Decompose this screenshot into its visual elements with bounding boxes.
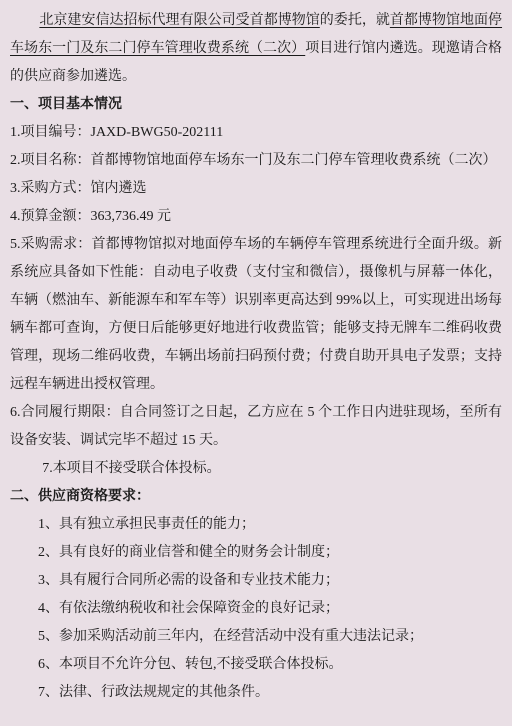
qualification-item-1: 1、具有独立承担民事责任的能力； [10,511,502,539]
intro-paragraph: 北京建安信达招标代理有限公司受首都博物馆的委托，就首都博物馆地面停车场东一门及东… [10,7,502,91]
qualification-item-5: 5、参加采购活动前三年内，在经营活动中没有重大违法记录； [10,623,502,651]
qualification-item-4: 4、有依法缴纳税收和社会保障资金的良好记录； [10,595,502,623]
item-no-consortium-bid: 7.本项目不接受联合体投标。 [10,455,502,483]
item-contract-period: 6.合同履行期限：自合同签订之日起，乙方应在 5 个工作日内进驻现场，至所有设备… [10,399,502,455]
item-project-name: 2.项目名称：首都博物馆地面停车场东一门及东二门停车管理收费系统（二次） [10,147,502,175]
item-procurement-requirements: 5.采购需求：首都博物馆拟对地面停车场的车辆停车管理系统进行全面升级。新系统应具… [10,231,502,399]
section2-heading: 二、供应商资格要求： [10,483,502,511]
procurement-notice-document: 北京建安信达招标代理有限公司受首都博物馆的委托，就首都博物馆地面停车场东一门及东… [0,0,512,726]
qualification-item-7: 7、法律、行政法规规定的其他条件。 [10,679,502,707]
qualification-item-3: 3、具有履行合同所必需的设备和专业技术能力； [10,567,502,595]
qualification-item-2: 2、具有良好的商业信誉和健全的财务会计制度； [10,539,502,567]
section1-heading: 一、项目基本情况 [10,91,502,119]
item-project-number: 1.项目编号：JAXD-BWG50-202111 [10,119,502,147]
qualification-item-6: 6、本项目不允许分包、转包,不接受联合体投标。 [10,651,502,679]
intro-plain-text-1: 的委托，就 [320,13,390,28]
item-procurement-method: 3.采购方式：馆内遴选 [10,175,502,203]
item-budget-amount: 4.预算金额：363,736.49 元 [10,203,502,231]
intro-agency-client-underlined: 北京建安信达招标代理有限公司受首都博物馆 [39,13,319,28]
